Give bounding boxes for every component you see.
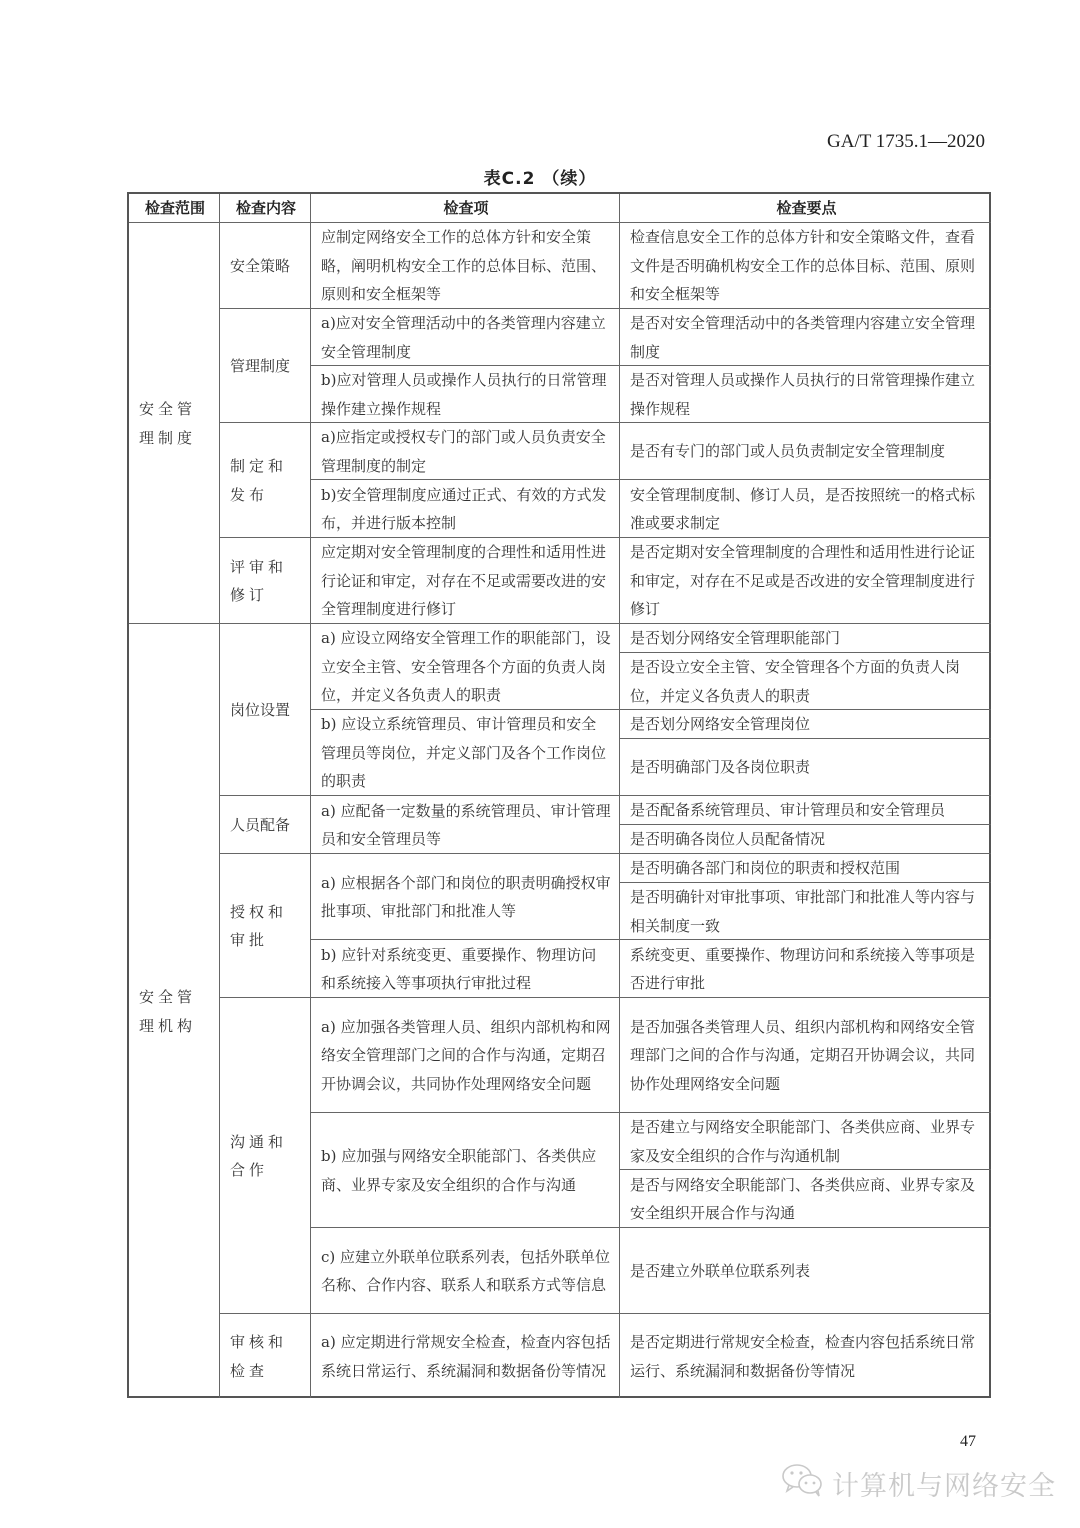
watermark-text: 计算机与网络安全 bbox=[832, 1464, 1056, 1503]
item-cell: a) 应定期进行常规安全检查，检查内容包括系统日常运行、系统漏洞和数据备份等情况 bbox=[311, 1314, 620, 1398]
item-cell: b) 应加强与网络安全职能部门、各类供应商、业界专家及安全组织的合作与沟通 bbox=[311, 1113, 620, 1228]
point-cell: 是否设立安全主管、安全管理各个方面的负责人岗位，并定义各负责人的职责 bbox=[620, 653, 991, 710]
item-cell: a)应对安全管理活动中的各类管理内容建立安全管理制度 bbox=[311, 309, 620, 366]
point-cell: 是否与网络安全职能部门、各类供应商、业界专家及安全组织开展合作与沟通 bbox=[620, 1170, 991, 1228]
item-cell: b)应对管理人员或操作人员执行的日常管理操作建立操作规程 bbox=[311, 366, 620, 423]
item-cell: 应制定网络安全工作的总体方针和安全策略，阐明机构安全工作的总体目标、范围、原则和… bbox=[311, 223, 620, 309]
standard-code: GA/T 1735.1—2020 bbox=[827, 131, 985, 153]
point-cell: 是否明确部门及各岗位职责 bbox=[620, 739, 991, 796]
table-caption: 表C.2 （续） bbox=[0, 164, 1080, 189]
page-number: 47 bbox=[960, 1433, 976, 1451]
content-cell: 管理制度 bbox=[220, 309, 311, 423]
item-cell: c) 应建立外联单位联系列表，包括外联单位名称、合作内容、联系人和联系方式等信息 bbox=[311, 1228, 620, 1314]
point-cell: 是否划分网络安全管理职能部门 bbox=[620, 624, 991, 653]
point-cell: 是否定期对安全管理制度的合理性和适用性进行论证和审定，对存在不足或是否改进的安全… bbox=[620, 538, 991, 624]
item-cell: a) 应配备一定数量的系统管理员、审计管理员和安全管理员等 bbox=[311, 796, 620, 854]
content-cell: 安全策略 bbox=[220, 223, 311, 309]
item-cell: b) 应设立系统管理员、审计管理员和安全管理员等岗位，并定义部门及各个工作岗位的… bbox=[311, 710, 620, 796]
point-cell: 是否建立与网络安全职能部门、各类供应商、业界专家及安全组织的合作与沟通机制 bbox=[620, 1113, 991, 1170]
point-cell: 是否配备系统管理员、审计管理员和安全管理员 bbox=[620, 796, 991, 825]
scope-cell: 安全管理制度 bbox=[129, 223, 220, 624]
column-header: 检查范围 bbox=[129, 194, 220, 223]
point-cell: 是否明确各部门和岗位的职责和授权范围 bbox=[620, 854, 991, 883]
item-cell: b)安全管理制度应通过正式、有效的方式发布，并进行版本控制 bbox=[311, 480, 620, 538]
watermark: 计算机与网络安全 bbox=[780, 1462, 1056, 1505]
content-cell: 岗位设置 bbox=[220, 624, 311, 796]
item-cell: 应定期对安全管理制度的合理性和适用性进行论证和审定，对存在不足或需要改进的安全管… bbox=[311, 538, 620, 624]
inspection-table: 检查范围 检查内容 检查项 检查要点 安全管理制度 安全策略 应制定网络安全工作… bbox=[127, 192, 991, 1398]
content-cell: 评审和修订 bbox=[220, 538, 311, 624]
content-cell: 制定和发布 bbox=[220, 423, 311, 538]
content-cell: 审核和检查 bbox=[220, 1314, 311, 1398]
point-cell: 系统变更、重要操作、物理访问和系统接入等事项是否进行审批 bbox=[620, 940, 991, 998]
point-cell: 是否加强各类管理人员、组织内部机构和网络安全管理部门之间的合作与沟通，定期召开协… bbox=[620, 998, 991, 1113]
content-cell: 人员配备 bbox=[220, 796, 311, 854]
point-cell: 是否划分网络安全管理岗位 bbox=[620, 710, 991, 739]
column-header: 检查内容 bbox=[220, 194, 311, 223]
point-cell: 是否明确针对审批事项、审批部门和批准人等内容与相关制度一致 bbox=[620, 883, 991, 940]
item-cell: b) 应针对系统变更、重要操作、物理访问和系统接入等事项执行审批过程 bbox=[311, 940, 620, 998]
point-cell: 是否有专门的部门或人员负责制定安全管理制度 bbox=[620, 423, 991, 480]
point-cell: 是否定期进行常规安全检查，检查内容包括系统日常运行、系统漏洞和数据备份等情况 bbox=[620, 1314, 991, 1398]
point-cell: 是否对管理人员或操作人员执行的日常管理操作建立操作规程 bbox=[620, 366, 991, 423]
point-cell: 是否对安全管理活动中的各类管理内容建立安全管理制度 bbox=[620, 309, 991, 366]
item-cell: a) 应加强各类管理人员、组织内部机构和网络安全管理部门之间的合作与沟通，定期召… bbox=[311, 998, 620, 1113]
item-cell: a) 应设立网络安全管理工作的职能部门，设立安全主管、安全管理各个方面的负责人岗… bbox=[311, 624, 620, 710]
point-cell: 是否明确各岗位人员配备情况 bbox=[620, 825, 991, 854]
column-header: 检查项 bbox=[311, 194, 620, 223]
point-cell: 安全管理制度制、修订人员，是否按照统一的格式标准或要求制定 bbox=[620, 480, 991, 538]
scope-cell: 安全管理机构 bbox=[129, 624, 220, 1398]
item-cell: a)应指定或授权专门的部门或人员负责安全管理制度的制定 bbox=[311, 423, 620, 480]
content-cell: 沟通和合作 bbox=[220, 998, 311, 1314]
point-cell: 检查信息安全工作的总体方针和安全策略文件，查看文件是否明确机构安全工作的总体目标… bbox=[620, 223, 991, 309]
wechat-icon bbox=[780, 1462, 826, 1505]
column-header: 检查要点 bbox=[620, 194, 991, 223]
content-cell: 授权和审批 bbox=[220, 854, 311, 998]
point-cell: 是否建立外联单位联系列表 bbox=[620, 1228, 991, 1314]
item-cell: a) 应根据各个部门和岗位的职责明确授权审批事项、审批部门和批准人等 bbox=[311, 854, 620, 940]
